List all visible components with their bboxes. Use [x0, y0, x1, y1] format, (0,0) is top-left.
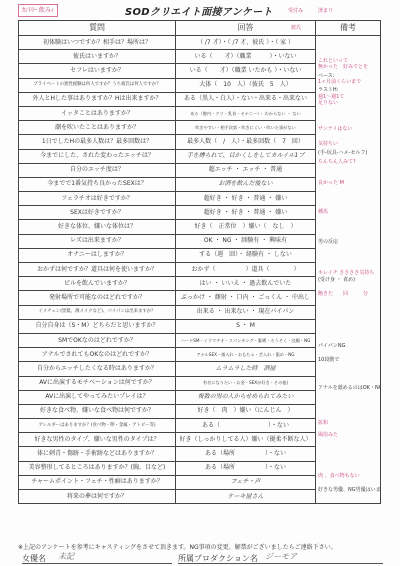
question-cell: アレルギーはありますか？(食べ物・卵・金属・アトピー等)	[19, 419, 176, 433]
handwritten-remark: 気持ちい	[318, 141, 338, 147]
handwritten-remark: キレイチ ささささ気持ち	[318, 270, 374, 276]
answer-cell[interactable]: 最多人数（ / 人）・最多回数（ 7 回）	[176, 135, 316, 149]
handwritten-remark: 1ヶ月前くらいまで	[318, 79, 361, 85]
question-cell: 将来の夢は何ですか？	[19, 490, 176, 504]
questionnaire-table: 質問 回答 彼氏 備考 初体験はいつですか？相手は？場所は？（ /7 才）・（ …	[18, 20, 381, 504]
answer-cell[interactable]: アナルSEX・指入れ・おもちゃ・舌入れ・舐め・NG	[176, 348, 316, 362]
printed-remark: (受け身 ・ 責め)	[318, 277, 355, 283]
answer-cell[interactable]: する（週 回）・ 経験有 ・ しない	[176, 248, 316, 262]
handwritten-remark: 種馬	[318, 209, 328, 215]
printed-remark: 10段階で	[318, 357, 339, 363]
question-cell: セフレはいますか？	[19, 64, 176, 78]
answer-cell[interactable]: 超好き ・ 好き ・ 普通 ・ 嫌い	[176, 192, 316, 206]
question-cell: 彼氏はいますか？	[19, 50, 176, 64]
answer-cell[interactable]: ムラムラした時 酒屋	[176, 362, 316, 376]
question-cell: 今までにした、された変わったエッチは？	[19, 149, 176, 163]
answer-cell[interactable]: フェチ・声	[176, 475, 316, 489]
table-row: 初体験はいつですか？相手は？場所は？（ /7 才）・（ /7 才、彼氏 ）・（ …	[19, 36, 381, 50]
answer-cell[interactable]: S ・ M	[176, 319, 316, 333]
answer-cell[interactable]: おかず（ ）道具（ ）	[176, 263, 316, 277]
answer-cell[interactable]: ある（ ）・ない	[176, 419, 316, 433]
answer-cell[interactable]: OK ・ NG ・ 経験有 ・ 興味有	[176, 234, 316, 248]
answer-cell[interactable]: 超エッチ ・ エッチ ・ 普通	[176, 163, 316, 177]
question-cell: 好きな男性のタイプ、嫌いな男性のタイプは？	[19, 433, 176, 447]
answer-cell[interactable]: いる（ 才）（職業 いたかも ）・いない	[176, 64, 316, 78]
question-cell: チャームポイント・フェチ・性癖はありますか？	[19, 475, 176, 489]
handwritten-note: 済まり	[318, 7, 333, 14]
table-header-row: 質問 回答 彼氏 備考	[19, 21, 381, 36]
actress-name-line	[22, 563, 172, 564]
question-cell: 外人とHした事はありますか？Hは出来ますか？	[19, 92, 176, 106]
handwritten-note: 受付み	[288, 7, 303, 14]
answer-cell[interactable]: 超好き ・ 好き ・ 普通 ・ 嫌い	[176, 206, 316, 220]
question-cell: 自分のエッチ度は？	[19, 163, 176, 177]
printed-remark: 男の反応	[318, 239, 338, 245]
remarks-column: これといって 無かった 好みでとをペース:1ヶ月前くらいまでラストH:週1〜週1…	[316, 36, 381, 504]
answer-cell[interactable]: 複数の男の人からせめられてみたい	[176, 390, 316, 404]
actress-name-value: 未記	[58, 551, 74, 562]
answer-cell[interactable]: 有名になりたい・お金・SEXが好き・その他(	[176, 376, 316, 390]
column-header-question: 質問	[19, 21, 176, 36]
handwritten-remark: ちんちん人みて?	[318, 159, 356, 165]
handwritten-remark: 風俗みた	[318, 432, 338, 438]
question-cell: 1日でしたHの最多人数は？最多回数は？	[19, 135, 176, 149]
answer-cell[interactable]: はい ・ いいえ ・ 過去飲んでいた	[176, 277, 316, 291]
printed-remark: パイパンNG	[318, 343, 346, 349]
question-cell: AVに出演するモチベーションは何ですか？	[19, 376, 176, 390]
column-header-answer: 回答 彼氏	[176, 21, 316, 36]
handwritten-remark: サンナイはない	[318, 126, 352, 132]
answer-cell[interactable]: ハードSM・イラマチオ・スパンキング・緊縛・ろうそく・浣腸・NG	[176, 333, 316, 347]
printed-remark: ラストH:	[318, 87, 338, 93]
question-cell: フェラチオは好きですか？	[19, 192, 176, 206]
answer-cell[interactable]: （ /7 才）・（ /7 才、彼氏 ）・（ 家 ）	[176, 36, 316, 50]
casting-stamp: ｶﾝﾄﾘｰ 飲みｨ	[18, 4, 58, 17]
question-cell: SMでOKなのはどれですか？	[19, 333, 176, 347]
handwritten-remark: これといって 無かった 好みでとを	[318, 58, 368, 70]
question-cell: 潮を吹いたことはありますか？	[19, 121, 176, 135]
question-cell: 体に刺青・傷跡・手術跡などはありますか？	[19, 447, 176, 461]
handwritten-remark: 拡和	[318, 420, 328, 426]
printed-remark: アナルを舐めるのはOK・NG	[318, 385, 381, 391]
printed-remark: (手-玩具-ハメ-セルフ)	[318, 150, 367, 156]
answer-cell[interactable]: ぶっかけ ・ 顔射 ・ 口内 ・ ごっくん ・ 中出し	[176, 291, 316, 305]
question-cell: 発射場所で可能なのはどれですか？	[19, 291, 176, 305]
answer-cell[interactable]: ある（場所 ）・ない	[176, 461, 316, 475]
answer-cell[interactable]: ある（膣内・クリ・乳首・オナニー）・ わからない ・ ない	[176, 106, 316, 120]
question-cell: アナルでされてもOKなのはどれですか？	[19, 348, 176, 362]
question-cell: 自分自身は（S・M）どちらだと思いますか？	[19, 319, 176, 333]
question-cell: 美容整形してるところはありますか？(胸、目など)	[19, 461, 176, 475]
printed-remark: 好きな男優、NG男優はいますか？	[318, 487, 381, 493]
question-cell: SEXは好きですか？	[19, 206, 176, 220]
question-cell: 好きな体位、嫌いな体位は？	[19, 220, 176, 234]
answer-cell[interactable]: 好き（しっかりしてる人）嫌い（優柔不断な人）	[176, 433, 316, 447]
agency-name-line	[178, 563, 383, 564]
question-cell: イッタことはありますか？	[19, 106, 176, 120]
question-cell: 好きな食べ物、嫌いな食べ物は何ですか？	[19, 404, 176, 418]
answer-cell[interactable]: 好き（ 正常位 ）嫌い（ なし ）	[176, 220, 316, 234]
question-cell: イメチェン(黒髪、薄メイクなど)、パイパンは出来ますか？	[19, 305, 176, 319]
answer-cell[interactable]: いる（ 才）（職業 ）・いない	[176, 50, 316, 64]
answer-cell[interactable]: お酒を飲んだ後ない	[176, 177, 316, 191]
handwritten-remark: 週1〜週1て 足りない	[318, 94, 344, 106]
handwritten-note: 彼氏	[291, 22, 301, 34]
answer-cell[interactable]: ある（場所 ）・ない	[176, 447, 316, 461]
handwritten-remark: 飽きた 回 分	[318, 291, 368, 297]
question-cell: 初体験はいつですか？相手は？場所は？	[19, 36, 176, 50]
answer-cell[interactable]: ある（黒人・白人）・ない・出来る・出来ない	[176, 92, 316, 106]
answer-cell[interactable]: 大体（ 10 人）（彼氏 5 人）	[176, 78, 316, 92]
answer-cell[interactable]: 吹きやすい・相手次第・吹きにくい・吹いた事がない	[176, 121, 316, 135]
question-cell: 自分からエッチしたくなる時はありますか？	[19, 362, 176, 376]
footer-notice: ※上記のアンケートを参考にキャスティングをさせて頂きます。NG事項の変更、解禁が…	[18, 542, 337, 551]
column-header-remarks: 備考	[316, 21, 381, 36]
page-title: SODクリエイト面接アンケート	[125, 3, 273, 18]
question-cell: 今までで1番気持ち良かったSEXは？	[19, 177, 176, 191]
agency-name-value: ジーモア	[265, 551, 297, 562]
column-header-answer-label: 回答	[238, 23, 254, 32]
question-cell: ピルを飲んでいますか？	[19, 277, 176, 291]
answer-cell[interactable]: ケーキ屋さん	[176, 490, 316, 504]
handwritten-remark: 良かった M	[318, 180, 344, 186]
handwritten-remark: 肉 、食べ物もない	[318, 473, 360, 479]
answer-cell[interactable]: 出来る ・ 出来ない ・ 現在パイパン	[176, 305, 316, 319]
answer-cell[interactable]: 好き（ 肉 ）嫌い（にんじん ）	[176, 404, 316, 418]
question-cell: おかずは何ですか？道具は何を使いますか？	[19, 263, 176, 277]
question-cell: レズは出来ますか？	[19, 234, 176, 248]
question-cell: プライベートの異性経験は何人ですか？うち彼氏は何人ですか？	[19, 78, 176, 92]
answer-cell[interactable]: 手を縛られて、目かくしをしてカルイル1プ	[176, 149, 316, 163]
question-cell: AVに出演してやってみたいプレイは？	[19, 390, 176, 404]
question-cell: オナニーはしますか？	[19, 248, 176, 262]
